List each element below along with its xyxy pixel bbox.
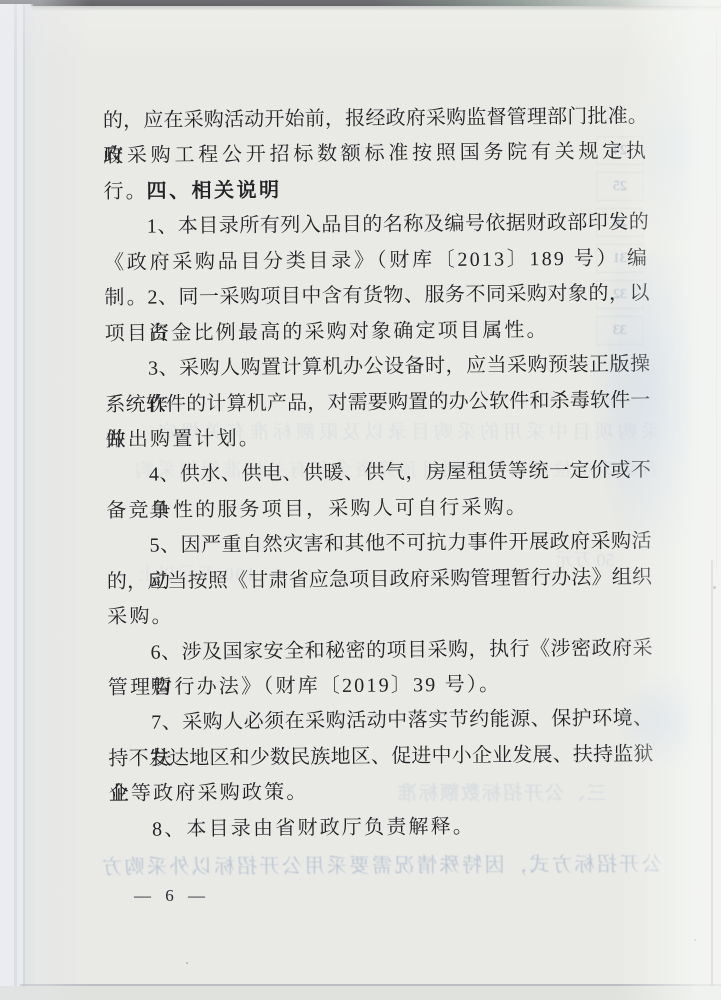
text-line: 7、采购人必须在采购活动中落实节约能源、保护环境、扶	[108, 702, 653, 742]
scan-margin-bottom	[0, 986, 721, 1000]
page-edge-right-upper	[716, 30, 717, 570]
scanned-document-page: 24 25 28 31 32 33 采购项目中采用的采购目录以及限额标准有关规定…	[0, 0, 721, 1000]
scan-speck	[694, 939, 696, 941]
text-line: 3、采购人购置计算机办公设备时，应当采购预装正版操作	[105, 347, 650, 387]
text-line: 5、因严重自然灾害和其他不可抗力事件开展政府采购活动	[106, 524, 651, 564]
text-line: 项目资金比例最高的采购对象确定项目属性。	[105, 312, 650, 352]
text-line: 采购。	[107, 595, 652, 635]
text-line: 《政府采购品目分类目录》（财库〔2013〕189 号） 编制。	[104, 241, 649, 281]
bleedthrough-text: 公开招标方式，因特殊情况需要采用公开招标以外采购方式	[102, 848, 662, 880]
text-line: 持不发达地区和少数民族地区、促进中小企业发展、扶持监狱企	[108, 737, 653, 777]
section-heading: 四、相关说明	[103, 170, 648, 210]
page-stack-edge-left	[0, 4, 34, 1000]
scan-edge-top-shadow	[0, 6, 721, 11]
text-line: 系统软件的计算机产品，对需要购置的办公软件和杀毒软件一并	[105, 383, 650, 423]
scan-speck	[713, 586, 716, 589]
text-line: 管理暂行办法》（财库〔2019〕39 号）。	[108, 666, 653, 706]
text-line: 的，应当按照《甘肃省应急项目政府采购管理暂行办法》组织	[107, 560, 652, 600]
text-line: 府采购工程公开招标数额标准按照国务院有关规定执行。	[103, 135, 648, 175]
text-line: 业等政府采购政策。	[109, 773, 654, 813]
text-line: 8、本目录由省财政厅负责解释。	[109, 808, 654, 848]
text-line: 4、供水、供电、供暖、供气，房屋租赁等统一定价或不具	[106, 454, 651, 494]
text-line: 1、本目录所有列入品目的名称及编号依据财政部印发的	[104, 206, 649, 246]
document-text: 的，应在采购活动开始前，报经政府采购监督管理部门批准。政 府采购工程公开招标数额…	[103, 99, 654, 848]
text-line: 6、涉及国家安全和秘密的项目采购，执行《涉密政府采购	[107, 631, 652, 671]
text-line: 做出购置计划。	[106, 418, 651, 458]
text-line: 2、同一采购项目中含有货物、服务不同采购对象的，以占	[104, 276, 649, 316]
text-line: 的，应在采购活动开始前，报经政府采购监督管理部门批准。政	[103, 99, 648, 139]
page-number: — 6 —	[134, 886, 210, 906]
scan-smudge	[638, 55, 721, 245]
scan-speck	[186, 962, 188, 964]
text-line: 备竞争性的服务项目，采购人可自行采购。	[106, 489, 651, 529]
page-edge-right	[711, 560, 713, 988]
